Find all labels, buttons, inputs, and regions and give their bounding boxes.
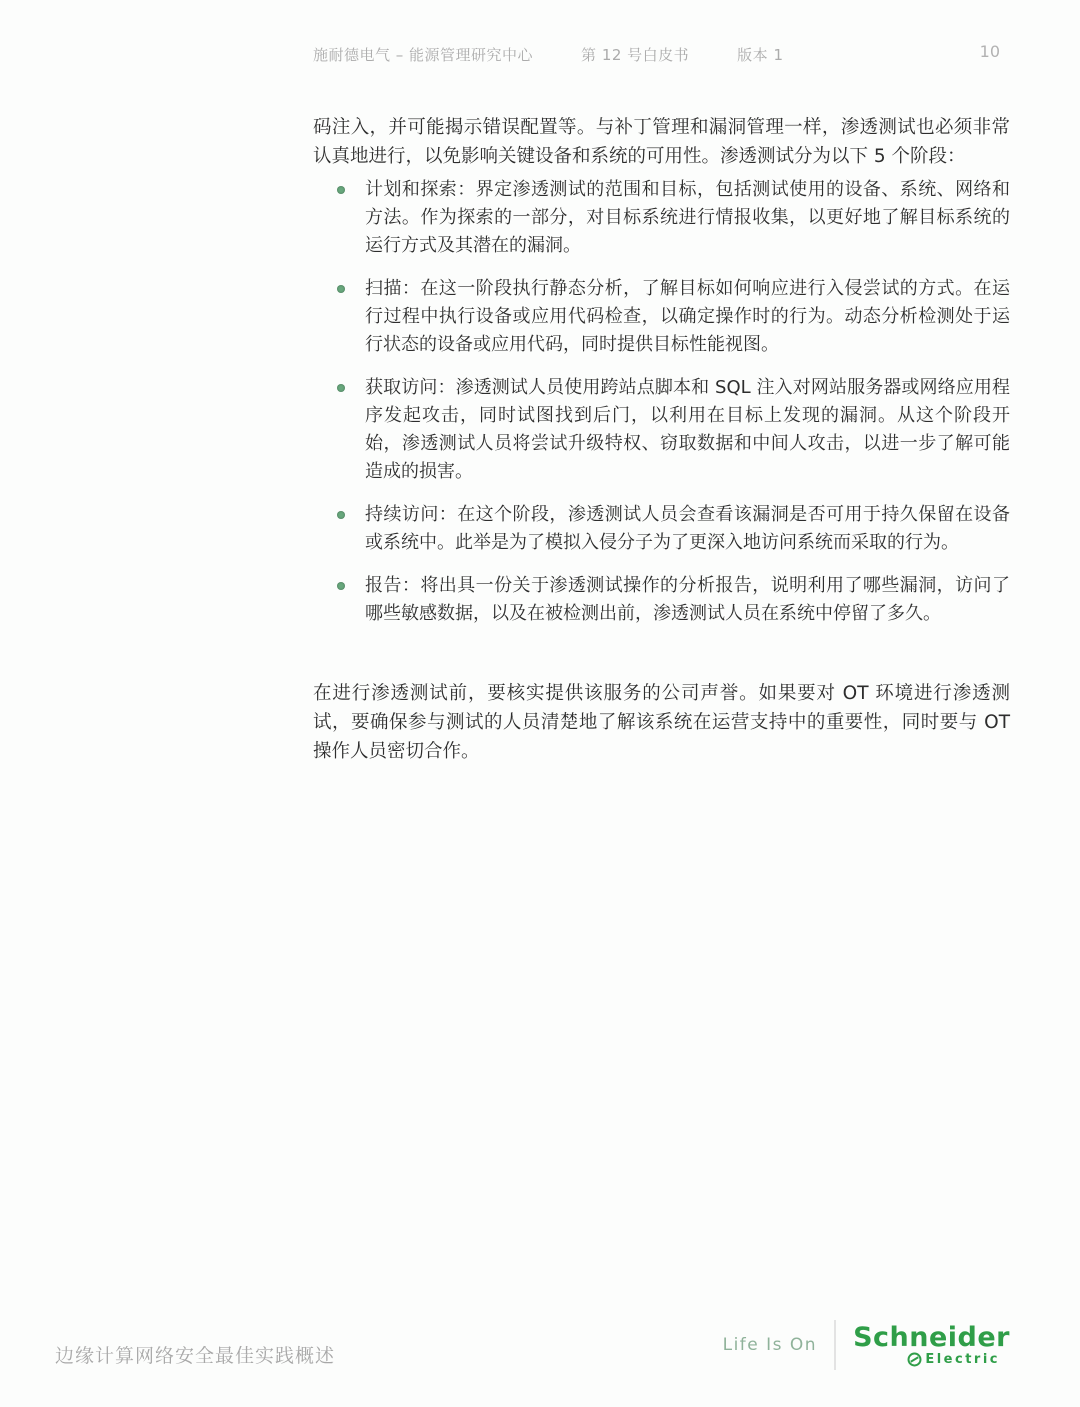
list-item-text: 获取访问：渗透测试人员使用跨站点脚本和 SQL 注入对网站服务器或网络应用程序发…	[365, 374, 1010, 486]
bullet-dot-icon	[337, 511, 345, 519]
brand-lockup: Life Is On Schneider Electric	[723, 1320, 1010, 1370]
list-item: 扫描：在这一阶段执行静态分析，了解目标如何响应进行入侵尝试的方式。在运行过程中执…	[313, 275, 1010, 359]
list-item-text: 报告：将出具一份关于渗透测试操作的分析报告，说明利用了哪些漏洞，访问了哪些敏感数…	[365, 572, 1010, 628]
list-item: 计划和探索：界定渗透测试的范围和目标，包括测试使用的设备、系统、网络和方法。作为…	[313, 176, 1010, 260]
list-item-text: 持续访问：在这个阶段，渗透测试人员会查看该漏洞是否可用于持久保留在设备或系统中。…	[365, 501, 1010, 557]
list-item: 获取访问：渗透测试人员使用跨站点脚本和 SQL 注入对网站服务器或网络应用程序发…	[313, 374, 1010, 486]
header-whitepaper-number: 第 12 号白皮书	[581, 44, 689, 65]
bullet-dot-icon	[337, 285, 345, 293]
schneider-electric-emblem-icon	[907, 1352, 922, 1367]
bullet-dot-icon	[337, 582, 345, 590]
life-is-on-tagline: Life Is On	[723, 1335, 817, 1355]
header-company: 施耐德电气 – 能源管理研究中心	[313, 44, 533, 65]
schneider-wordmark: Schneider	[853, 1324, 1010, 1351]
body-paragraph-intro: 码注入，并可能揭示错误配置等。与补丁管理和漏洞管理一样，渗透测试也必须非常认真地…	[313, 113, 1010, 171]
bullet-dot-icon	[337, 384, 345, 392]
list-item-text: 计划和探索：界定渗透测试的范围和目标，包括测试使用的设备、系统、网络和方法。作为…	[365, 176, 1010, 260]
list-item-text: 扫描：在这一阶段执行静态分析，了解目标如何响应进行入侵尝试的方式。在运行过程中执…	[365, 275, 1010, 359]
logo-divider	[834, 1320, 836, 1370]
bullet-dot-icon	[337, 186, 345, 194]
schneider-electric-logo: Schneider Electric	[853, 1324, 1010, 1367]
electric-label: Electric	[925, 1353, 1000, 1366]
pentest-phase-list: 计划和探索：界定渗透测试的范围和目标，包括测试使用的设备、系统、网络和方法。作为…	[313, 176, 1010, 643]
list-item: 持续访问：在这个阶段，渗透测试人员会查看该漏洞是否可用于持久保留在设备或系统中。…	[313, 501, 1010, 557]
list-item: 报告：将出具一份关于渗透测试操作的分析报告，说明利用了哪些漏洞，访问了哪些敏感数…	[313, 572, 1010, 628]
page-number: 10	[980, 42, 1000, 61]
body-paragraph-closing: 在进行渗透测试前，要核实提供该服务的公司声誉。如果要对 OT 环境进行渗透测试，…	[313, 679, 1010, 766]
electric-subline: Electric	[907, 1352, 1000, 1367]
header-version: 版本 1	[737, 44, 783, 65]
page-header: 施耐德电气 – 能源管理研究中心 第 12 号白皮书 版本 1	[313, 44, 783, 65]
whitepaper-page: 施耐德电气 – 能源管理研究中心 第 12 号白皮书 版本 1 10 码注入，并…	[0, 0, 1080, 1407]
footer-document-title: 边缘计算网络安全最佳实践概述	[55, 1341, 335, 1368]
